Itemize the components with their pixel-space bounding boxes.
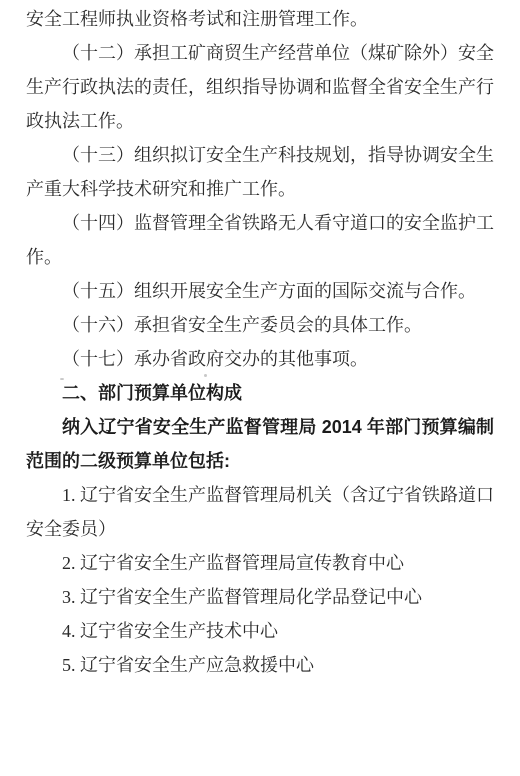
section2-heading: 二、部门预算单位构成 — [26, 376, 494, 410]
functions-item14-line2: 作。 — [26, 240, 494, 274]
budget-unit-1-line1: 1. 辽宁省安全生产监督管理局机关（含辽宁省铁路道口 — [26, 478, 494, 512]
budget-unit-2: 2. 辽宁省安全生产监督管理局宣传教育中心 — [26, 546, 494, 580]
functions-item12-line1: （十二）承担工矿商贸生产经营单位（煤矿除外）安全 — [26, 36, 494, 70]
functions-item12-line3: 政执法工作。 — [26, 104, 494, 138]
budget-unit-5: 5. 辽宁省安全生产应急救援中心 — [26, 648, 494, 682]
budget-unit-4: 4. 辽宁省安全生产技术中心 — [26, 614, 494, 648]
budget-unit-3: 3. 辽宁省安全生产监督管理局化学品登记中心 — [26, 580, 494, 614]
functions-item14-line1: （十四）监督管理全省铁路无人看守道口的安全监护工 — [26, 206, 494, 240]
functions-item13-line2: 产重大科学技术研究和推广工作。 — [26, 172, 494, 206]
functions-item13-line1: （十三）组织拟订安全生产科技规划，指导协调安全生 — [26, 138, 494, 172]
budget-scope-line1: 纳入辽宁省安全生产监督管理局 2014 年部门预算编制 — [26, 410, 494, 444]
document-page: 安全工程师执业资格考试和注册管理工作。 （十二）承担工矿商贸生产经营单位（煤矿除… — [0, 0, 520, 776]
budget-scope-line2: 范围的二级预算单位包括: — [26, 444, 494, 478]
functions-item16: （十六）承担省安全生产委员会的具体工作。 — [26, 308, 494, 342]
functions-item11-continuation: 安全工程师执业资格考试和注册管理工作。 — [26, 2, 494, 36]
scan-speck — [60, 378, 64, 380]
functions-item15: （十五）组织开展安全生产方面的国际交流与合作。 — [26, 274, 494, 308]
functions-item12-line2: 生产行政执法的责任，组织指导协调和监督全省安全生产行 — [26, 70, 494, 104]
budget-unit-1-line2: 安全委员） — [26, 512, 494, 546]
scan-speck — [204, 374, 207, 377]
functions-item17: （十七）承办省政府交办的其他事项。 — [26, 342, 494, 376]
